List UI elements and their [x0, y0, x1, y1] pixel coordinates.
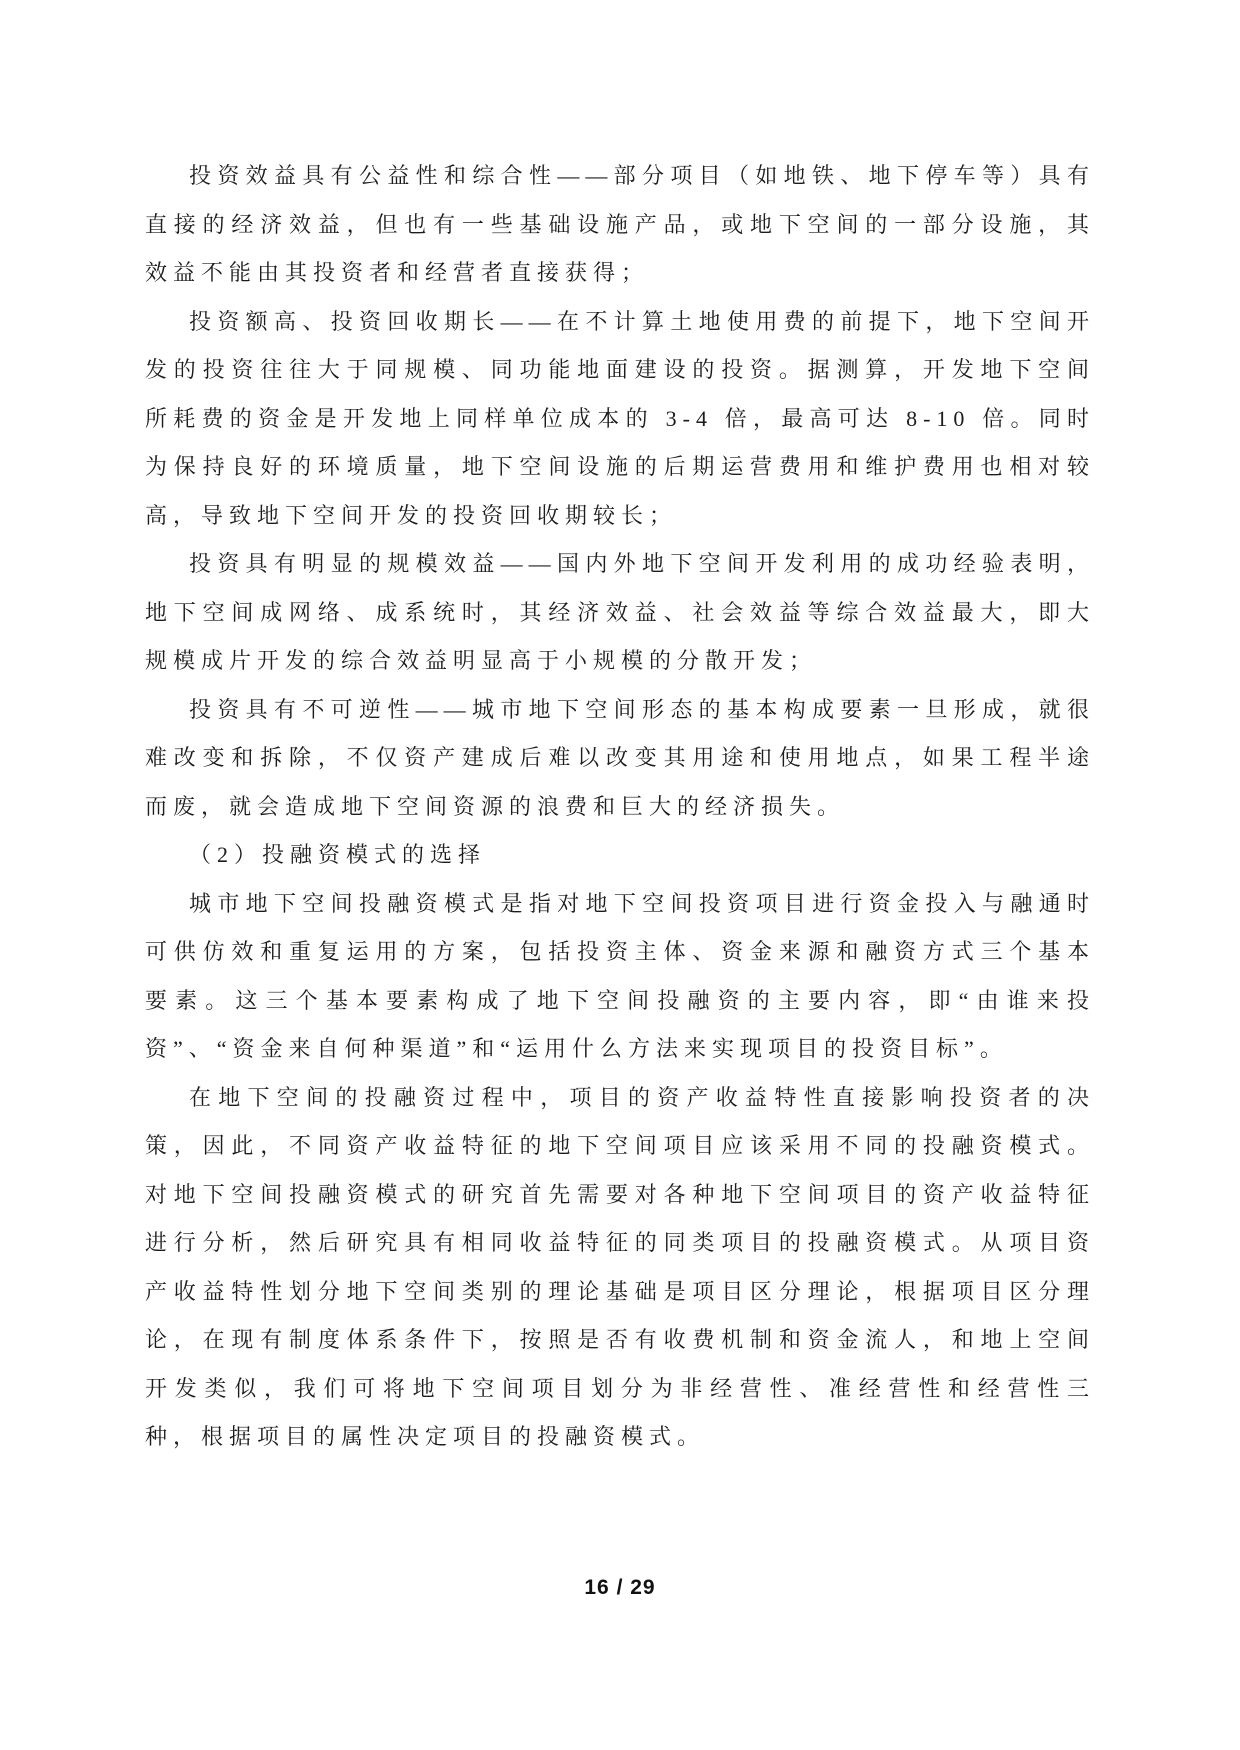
paragraph-financing-mode-analysis: 在地下空间的投融资过程中，项目的资产收益特性直接影响投资者的决策，因此，不同资产…	[145, 1074, 1095, 1462]
paragraph-investment-amount: 投资额高、投资回收期长——在不计算土地使用费的前提下，地下空间开发的投资往往大于…	[145, 298, 1095, 541]
document-text-block: 投资效益具有公益性和综合性——部分项目（如地铁、地下停车等）具有直接的经济效益，…	[145, 152, 1095, 1462]
paragraph-scale-benefit: 投资具有明显的规模效益——国内外地下空间开发利用的成功经验表明，地下空间成网络、…	[145, 540, 1095, 686]
paragraph-investment-benefit: 投资效益具有公益性和综合性——部分项目（如地铁、地下停车等）具有直接的经济效益，…	[145, 152, 1095, 298]
section-heading-financing-mode: （2）投融资模式的选择	[145, 831, 1095, 880]
page-number: 16 / 29	[0, 1576, 1240, 1600]
paragraph-financing-mode-definition: 城市地下空间投融资模式是指对地下空间投资项目进行资金投入与融通时可供仿效和重复运…	[145, 880, 1095, 1074]
paragraph-irreversibility: 投资具有不可逆性——城市地下空间形态的基本构成要素一旦形成，就很难改变和拆除，不…	[145, 686, 1095, 832]
document-page: 投资效益具有公益性和综合性——部分项目（如地铁、地下停车等）具有直接的经济效益，…	[0, 0, 1240, 1750]
